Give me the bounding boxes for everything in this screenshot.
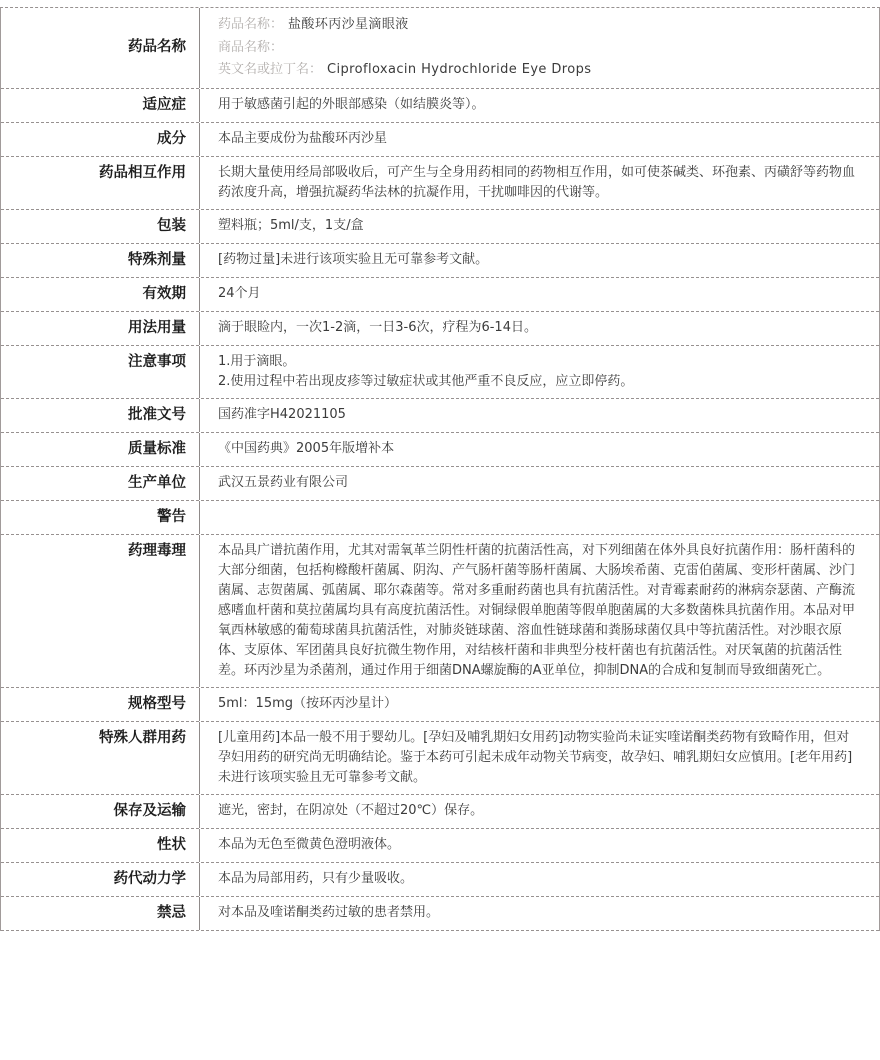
table-row: 警告 <box>1 501 879 535</box>
table-row: 有效期 24个月 <box>1 278 879 312</box>
row-label: 生产单位 <box>1 467 200 500</box>
content-line: 遮光，密封，在阴凉处（不超过20℃）保存。 <box>218 801 861 821</box>
content-line: 商品名称： <box>218 37 861 60</box>
row-label: 用法用量 <box>1 312 200 345</box>
row-content: 武汉五景药业有限公司 <box>200 467 879 500</box>
row-content: 塑料瓶；5ml/支，1支/盒 <box>200 210 879 243</box>
content-line: 滴于眼睑内，一次1-2滴，一日3-6次，疗程为6-14日。 <box>218 318 861 338</box>
row-content: 用于敏感菌引起的外眼部感染（如结膜炎等）。 <box>200 89 879 122</box>
table-row: 包装 塑料瓶；5ml/支，1支/盒 <box>1 210 879 244</box>
row-label: 成分 <box>1 123 200 156</box>
content-line: 对本品及喹诺酮类药过敏的患者禁用。 <box>218 903 861 923</box>
row-label: 药理毒理 <box>1 535 200 687</box>
drug-info-table: 药品名称 药品名称：盐酸环丙沙星滴眼液商品名称：英文名或拉丁名：Ciproflo… <box>0 7 880 931</box>
table-row: 注意事项 1.用于滴眼。2.使用过程中若出现皮疹等过敏症状或其他严重不良反应，应… <box>1 346 879 399</box>
row-content: 24个月 <box>200 278 879 311</box>
row-label: 警告 <box>1 501 200 534</box>
row-label: 特殊人群用药 <box>1 722 200 794</box>
table-row: 药理毒理 本品具广谱抗菌作用，尤其对需氧革兰阴性杆菌的抗菌活性高，对下列细菌在体… <box>1 535 879 688</box>
table-row: 质量标准 《中国药典》2005年版增补本 <box>1 433 879 467</box>
content-line: 本品为无色至微黄色澄明液体。 <box>218 835 861 855</box>
row-label: 药品相互作用 <box>1 157 200 209</box>
row-content: 本品为局部用药，只有少量吸收。 <box>200 863 879 896</box>
table-row: 批准文号 国药准字H42021105 <box>1 399 879 433</box>
content-line: 本品为局部用药，只有少量吸收。 <box>218 869 861 889</box>
content-line: 5ml：15mg（按环丙沙星计） <box>218 694 861 714</box>
table-row: 生产单位 武汉五景药业有限公司 <box>1 467 879 501</box>
sub-value: Ciprofloxacin Hydrochloride Eye Drops <box>327 62 591 77</box>
table-row: 成分 本品主要成份为盐酸环丙沙星 <box>1 123 879 157</box>
row-content: 国药准字H42021105 <box>200 399 879 432</box>
row-label: 禁忌 <box>1 897 200 930</box>
row-content: [儿童用药]本品一般不用于婴幼儿。[孕妇及哺乳期妇女用药]动物实验尚未证实喹诺酮… <box>200 722 879 794</box>
table-row: 保存及运输 遮光，密封，在阴凉处（不超过20℃）保存。 <box>1 795 879 829</box>
table-row: 性状 本品为无色至微黄色澄明液体。 <box>1 829 879 863</box>
row-content: 1.用于滴眼。2.使用过程中若出现皮疹等过敏症状或其他严重不良反应，应立即停药。 <box>200 346 879 398</box>
row-label: 质量标准 <box>1 433 200 466</box>
content-line: [药物过量]未进行该项实验且无可靠参考文献。 <box>218 250 861 270</box>
sub-label: 商品名称： <box>218 40 283 55</box>
row-label: 包装 <box>1 210 200 243</box>
table-row: 适应症 用于敏感菌引起的外眼部感染（如结膜炎等）。 <box>1 89 879 123</box>
table-row: 药品名称 药品名称：盐酸环丙沙星滴眼液商品名称：英文名或拉丁名：Ciproflo… <box>1 8 879 89</box>
content-line: 《中国药典》2005年版增补本 <box>218 439 861 459</box>
row-content: [药物过量]未进行该项实验且无可靠参考文献。 <box>200 244 879 277</box>
content-line: 本品主要成份为盐酸环丙沙星 <box>218 129 861 149</box>
table-row: 规格型号 5ml：15mg（按环丙沙星计） <box>1 688 879 722</box>
table-row: 禁忌 对本品及喹诺酮类药过敏的患者禁用。 <box>1 897 879 931</box>
content-line: 用于敏感菌引起的外眼部感染（如结膜炎等）。 <box>218 95 861 115</box>
row-label: 适应症 <box>1 89 200 122</box>
content-line: 英文名或拉丁名：Ciprofloxacin Hydrochloride Eye … <box>218 59 861 82</box>
row-label: 特殊剂量 <box>1 244 200 277</box>
row-content: 长期大量使用经局部吸收后，可产生与全身用药相同的药物相互作用，如可使茶碱类、环孢… <box>200 157 879 209</box>
row-content: 对本品及喹诺酮类药过敏的患者禁用。 <box>200 897 879 930</box>
row-content: 滴于眼睑内，一次1-2滴，一日3-6次，疗程为6-14日。 <box>200 312 879 345</box>
row-label: 批准文号 <box>1 399 200 432</box>
content-line: 塑料瓶；5ml/支，1支/盒 <box>218 216 861 236</box>
row-content: 本品主要成份为盐酸环丙沙星 <box>200 123 879 156</box>
content-line: 2.使用过程中若出现皮疹等过敏症状或其他严重不良反应，应立即停药。 <box>218 372 861 392</box>
table-row: 特殊剂量 [药物过量]未进行该项实验且无可靠参考文献。 <box>1 244 879 278</box>
sub-value: 盐酸环丙沙星滴眼液 <box>288 17 409 32</box>
content-line: 药品名称：盐酸环丙沙星滴眼液 <box>218 14 861 37</box>
row-content: 本品具广谱抗菌作用，尤其对需氧革兰阴性杆菌的抗菌活性高，对下列细菌在体外具良好抗… <box>200 535 879 687</box>
table-row: 药代动力学 本品为局部用药，只有少量吸收。 <box>1 863 879 897</box>
content-line: 1.用于滴眼。 <box>218 352 861 372</box>
row-label: 药代动力学 <box>1 863 200 896</box>
table-row: 用法用量 滴于眼睑内，一次1-2滴，一日3-6次，疗程为6-14日。 <box>1 312 879 346</box>
row-content: 本品为无色至微黄色澄明液体。 <box>200 829 879 862</box>
sub-label: 英文名或拉丁名： <box>218 62 322 77</box>
content-line: 长期大量使用经局部吸收后，可产生与全身用药相同的药物相互作用，如可使茶碱类、环孢… <box>218 163 861 203</box>
table-row: 特殊人群用药 [儿童用药]本品一般不用于婴幼儿。[孕妇及哺乳期妇女用药]动物实验… <box>1 722 879 795</box>
content-line: 武汉五景药业有限公司 <box>218 473 861 493</box>
row-label: 药品名称 <box>1 8 200 88</box>
sub-label: 药品名称： <box>218 17 283 32</box>
row-content: 《中国药典》2005年版增补本 <box>200 433 879 466</box>
row-content: 遮光，密封，在阴凉处（不超过20℃）保存。 <box>200 795 879 828</box>
row-content <box>200 501 879 534</box>
content-line: [儿童用药]本品一般不用于婴幼儿。[孕妇及哺乳期妇女用药]动物实验尚未证实喹诺酮… <box>218 728 861 788</box>
row-label: 规格型号 <box>1 688 200 721</box>
content-line: 24个月 <box>218 284 861 304</box>
row-label: 性状 <box>1 829 200 862</box>
row-content: 5ml：15mg（按环丙沙星计） <box>200 688 879 721</box>
content-line: 国药准字H42021105 <box>218 405 861 425</box>
row-label: 注意事项 <box>1 346 200 398</box>
content-line: 本品具广谱抗菌作用，尤其对需氧革兰阴性杆菌的抗菌活性高，对下列细菌在体外具良好抗… <box>218 541 861 681</box>
row-content: 药品名称：盐酸环丙沙星滴眼液商品名称：英文名或拉丁名：Ciprofloxacin… <box>200 8 879 88</box>
table-row: 药品相互作用 长期大量使用经局部吸收后，可产生与全身用药相同的药物相互作用，如可… <box>1 157 879 210</box>
row-label: 有效期 <box>1 278 200 311</box>
row-label: 保存及运输 <box>1 795 200 828</box>
